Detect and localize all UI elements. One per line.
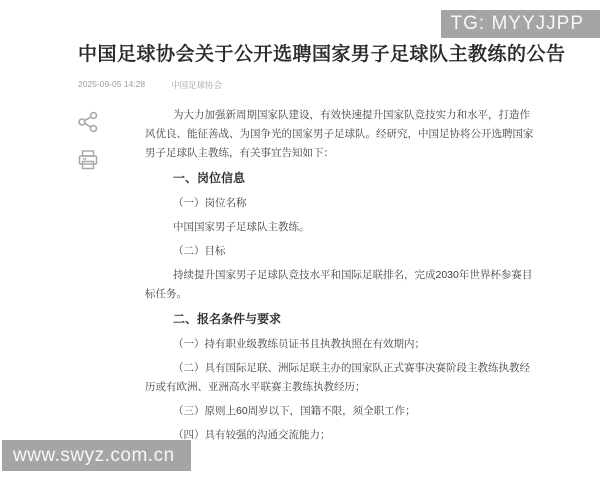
- page-title: 中国足球协会关于公开选聘国家男子足球队主教练的公告: [78, 42, 568, 68]
- article-body: 为大力加强新周期国家队建设，有效快速提升国家队竞技实力和水平，打造作风优良、能征…: [145, 101, 539, 450]
- article-paragraph: （一）持有职业级教练员证书且执教执照在有效期内；: [145, 335, 539, 354]
- watermark-top-right: TG: MYYJJPP: [441, 10, 600, 38]
- section-heading: 二、报名条件与要求: [145, 310, 539, 329]
- article-paragraph: 为大力加强新周期国家队建设，有效快速提升国家队竞技实力和水平，打造作风优良、能征…: [145, 106, 539, 163]
- article-paragraph: 中国国家男子足球队主教练。: [145, 218, 539, 237]
- print-button[interactable]: [76, 148, 100, 172]
- share-icon: [76, 110, 100, 134]
- print-icon: [76, 148, 100, 172]
- article-paragraph: （三）原则上60周岁以下，国籍不限，须全职工作；: [145, 402, 539, 421]
- article-paragraph: （四）具有较强的沟通交流能力；: [145, 426, 539, 445]
- article-paragraph: 持续提升国家男子足球队竞技水平和国际足联排名，完成2030年世界杯参赛目标任务。: [145, 266, 539, 304]
- article-header: 中国足球协会关于公开选聘国家男子足球队主教练的公告 2025-09-05 14:…: [78, 42, 568, 91]
- article-tools: [76, 110, 100, 172]
- article-paragraph: （二）具有国际足联、洲际足联主办的国家队正式赛事决赛阶段主教练执教经历或有欧洲、…: [145, 359, 539, 397]
- article-paragraph: （一）岗位名称: [145, 194, 539, 213]
- publish-source: 中国足球协会: [171, 79, 222, 91]
- watermark-bottom-left: www.swyz.com.cn: [2, 440, 191, 471]
- article-meta: 2025-09-05 14:28 中国足球协会: [78, 79, 568, 91]
- article-paragraph: （二）目标: [145, 242, 539, 261]
- section-heading: 一、岗位信息: [145, 169, 539, 188]
- share-button[interactable]: [76, 110, 100, 134]
- publish-datetime: 2025-09-05 14:28: [78, 79, 145, 91]
